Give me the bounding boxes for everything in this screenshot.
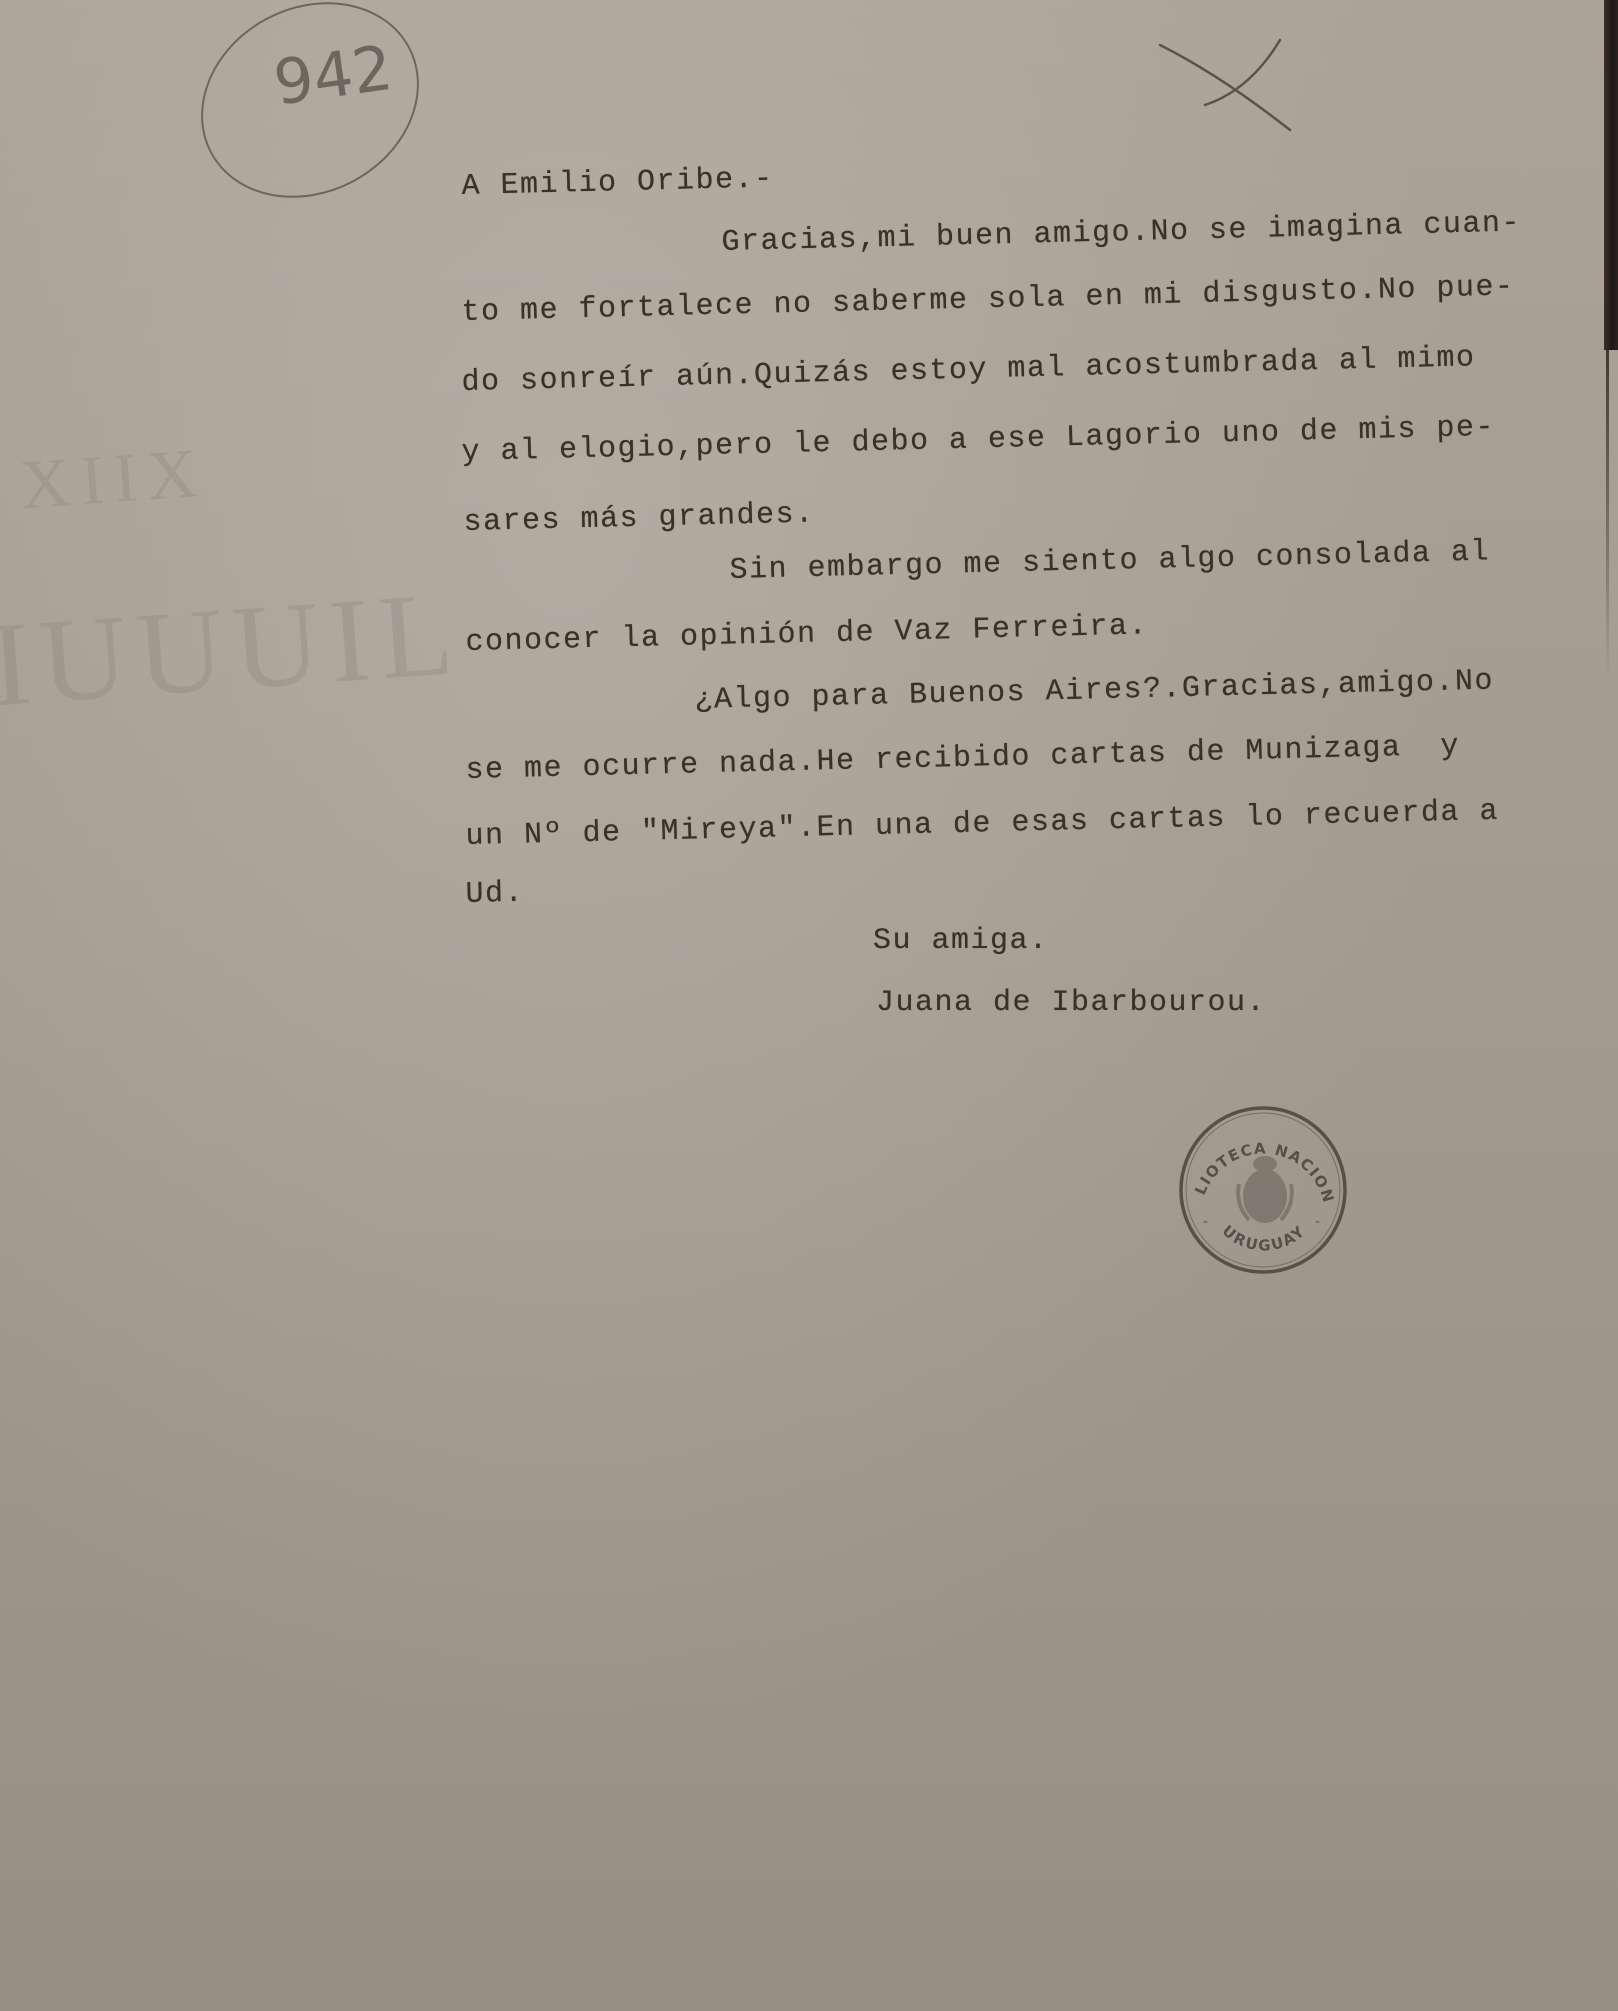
svg-text:URUGUAY: URUGUAY <box>1219 1222 1310 1255</box>
stamp-bottom-text: URUGUAY <box>1219 1222 1310 1255</box>
page-edge-shadow <box>1604 0 1618 350</box>
signature: Juana de Ibarbourou. <box>876 986 1266 1020</box>
svg-text:-: - <box>1315 1214 1320 1230</box>
letter-line: Ud. <box>465 877 524 912</box>
bleed-through-text: XIIX <box>17 434 210 527</box>
coat-of-arms-icon <box>1238 1156 1292 1223</box>
closing: Su amiga. <box>873 924 1049 958</box>
svg-text:-: - <box>1203 1214 1208 1230</box>
page-edge-line <box>1606 350 1609 680</box>
library-stamp: BIBLIOTECA NACIONAL URUGUAY - - <box>1177 1104 1349 1276</box>
